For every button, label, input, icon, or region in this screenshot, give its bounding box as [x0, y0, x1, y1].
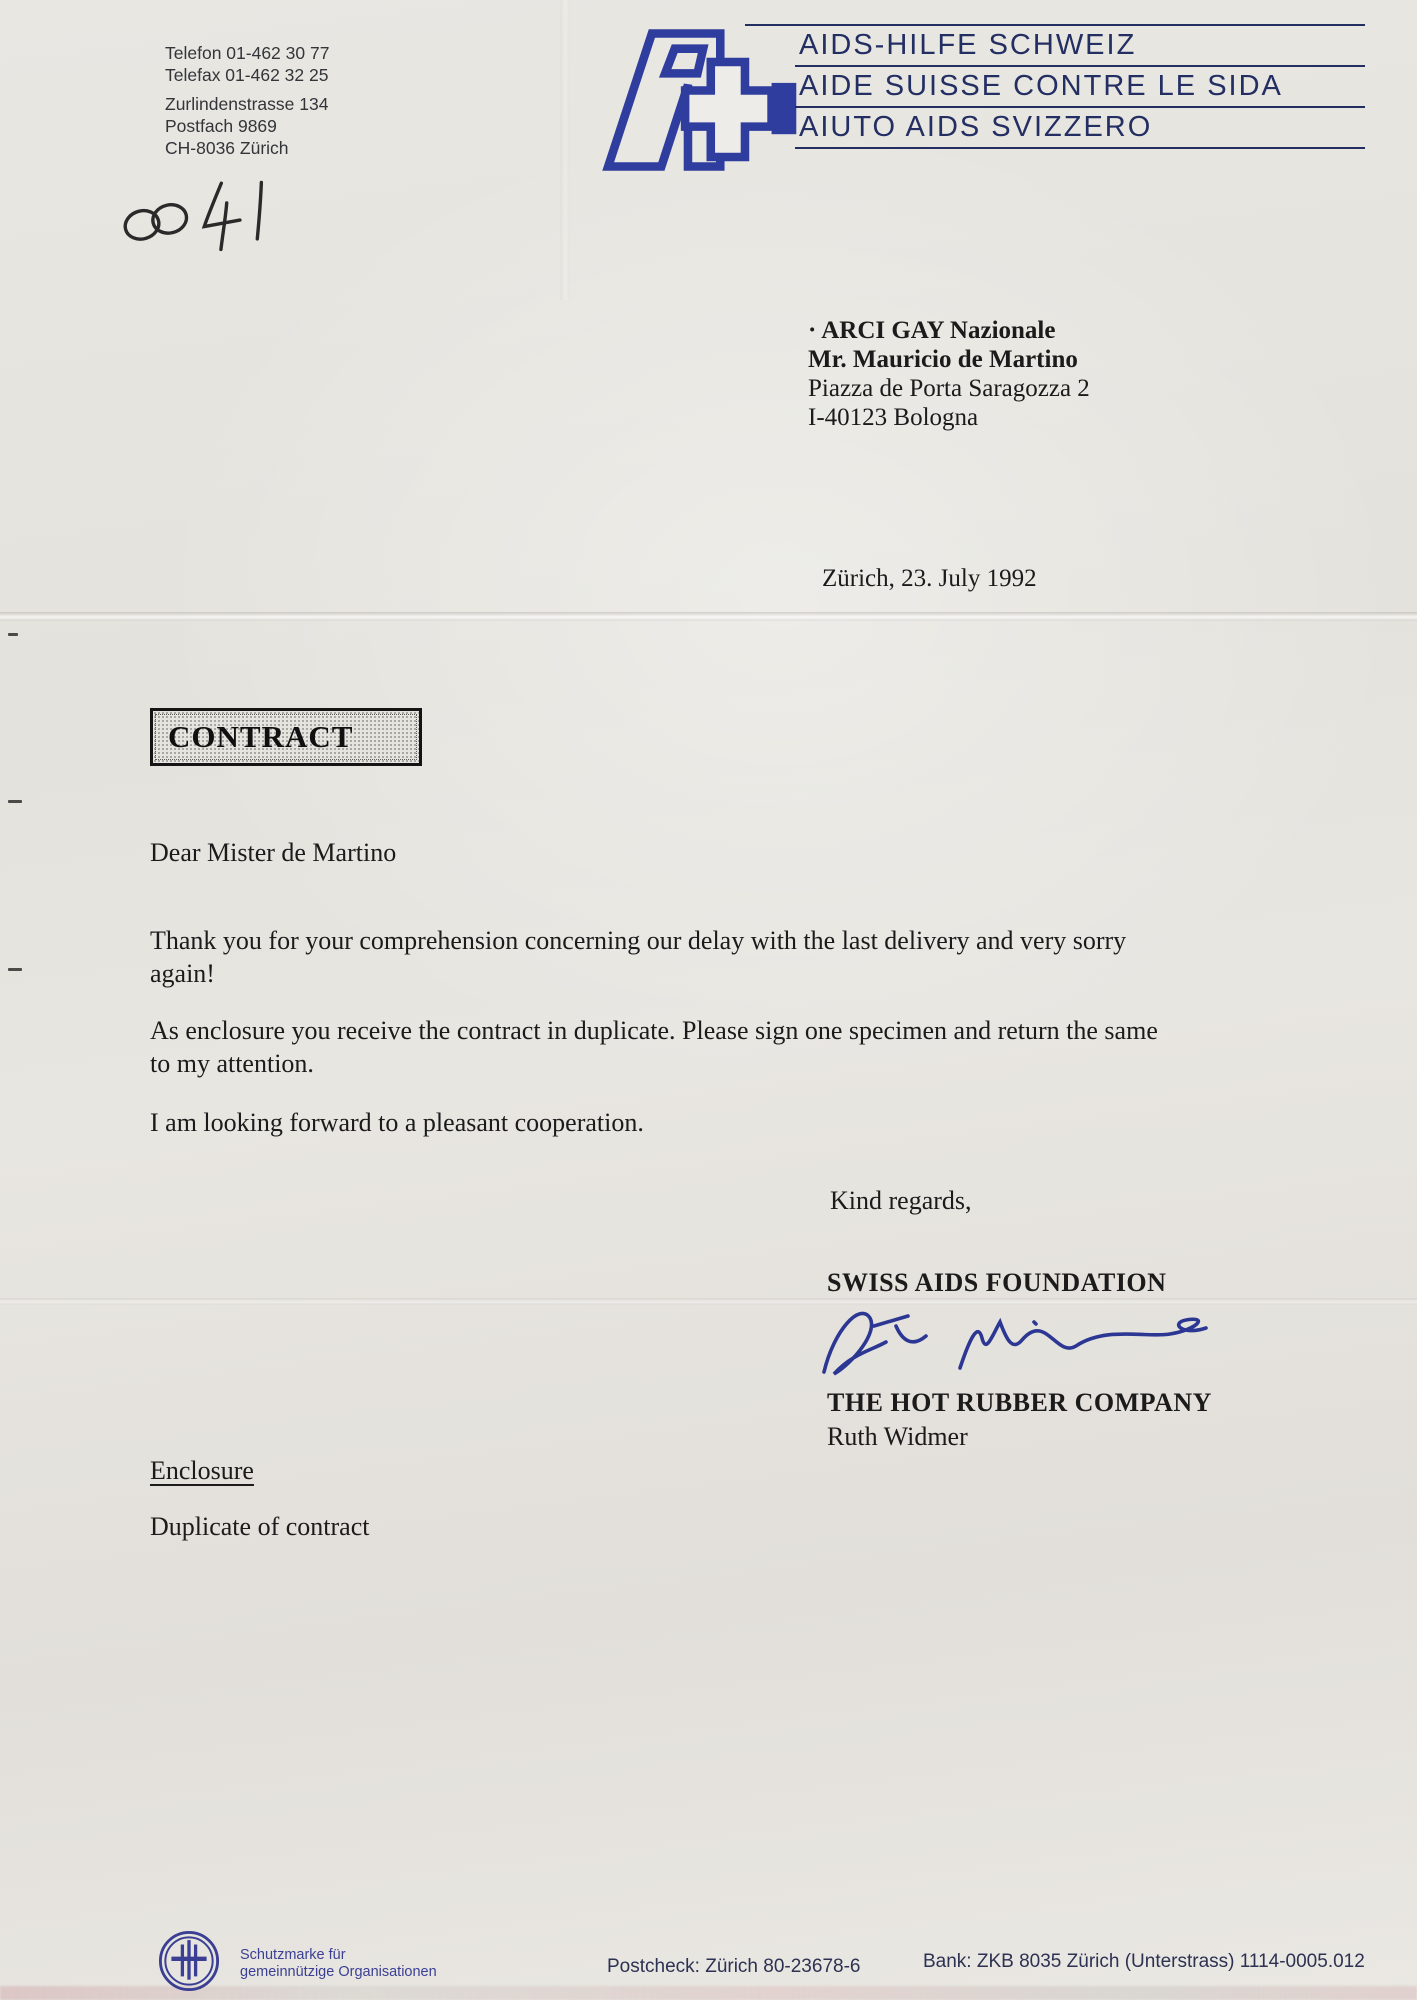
- handwritten-number: [109, 165, 315, 279]
- sender-telefon: Telefon 01-462 30 77: [165, 42, 329, 64]
- postcheck-info: Postcheck: Zürich 80-23678-6: [607, 1956, 860, 1978]
- signature-organization: SWISS AIDS FOUNDATION: [827, 1268, 1166, 1298]
- recipient-org: · ARCI GAY Nazionale: [808, 316, 1090, 345]
- recipient-street: Piazza de Porta Saragozza 2: [808, 374, 1090, 403]
- logo-solid-block: [772, 83, 797, 134]
- margin-mark: [8, 800, 22, 803]
- org-name-it: AIUTO AIDS SVIZZERO: [795, 111, 1152, 144]
- trademark-caption-line2: gemeinnützige Organisationen: [240, 1964, 437, 1981]
- sender-telefax: Telefax 01-462 32 25: [165, 64, 329, 86]
- subject-label: CONTRACT: [156, 719, 353, 755]
- org-name-row: AIUTO AIDS SVIZZERO: [795, 106, 1365, 149]
- sender-address-block: Telefon 01-462 30 77 Telefax 01-462 32 2…: [165, 42, 329, 159]
- body-paragraph: I am looking forward to a pleasant coope…: [150, 1106, 1315, 1139]
- margin-mark: [8, 968, 22, 971]
- margin-mark: [8, 633, 18, 636]
- date-line: Zürich, 23. July 1992: [822, 565, 1037, 593]
- salutation: Dear Mister de Martino: [150, 836, 1315, 869]
- handwritten-signature: [810, 1296, 1250, 1401]
- signature-name: Ruth Widmer: [827, 1422, 968, 1452]
- enclosure-item: Duplicate of contract: [150, 1512, 369, 1542]
- closing-line: Kind regards,: [830, 1186, 972, 1216]
- organization-name-block: AIDS-HILFE SCHWEIZ AIDE SUISSE CONTRE LE…: [795, 24, 1365, 149]
- org-name-fr: AIDE SUISSE CONTRE LE SIDA: [795, 70, 1283, 103]
- aids-hilfe-logo-icon: [594, 24, 800, 181]
- scanned-letter-page: Telefon 01-462 30 77 Telefax 01-462 32 2…: [0, 0, 1417, 2000]
- trademark-seal-icon: [156, 1928, 222, 1999]
- recipient-address-block: · ARCI GAY Nazionale Mr. Mauricio de Mar…: [808, 316, 1090, 432]
- org-name-row: AIDE SUISSE CONTRE LE SIDA: [795, 65, 1365, 106]
- sender-city: CH-8036 Zürich: [165, 137, 329, 159]
- paper-crease: [560, 0, 570, 300]
- recipient-city: I-40123 Bologna: [808, 403, 1090, 432]
- org-name-row: AIDS-HILFE SCHWEIZ: [795, 24, 1365, 65]
- enclosure-label: Enclosure: [150, 1456, 254, 1486]
- trademark-caption-line1: Schutzmarke für: [240, 1947, 437, 1964]
- signature-company: THE HOT RUBBER COMPANY: [827, 1388, 1212, 1418]
- body-paragraph: As enclosure you receive the contract in…: [150, 1014, 1315, 1080]
- subject-box: CONTRACT: [150, 708, 422, 766]
- org-name-de: AIDS-HILFE SCHWEIZ: [795, 29, 1136, 62]
- bank-info: Bank: ZKB 8035 Zürich (Unterstrass) 1114…: [923, 1951, 1365, 1973]
- fold-crease: [0, 612, 1417, 621]
- sender-postfach: Postfach 9869: [165, 115, 329, 137]
- body-paragraph: Thank you for your comprehension concern…: [150, 924, 1315, 990]
- sender-street: Zurlindenstrasse 134: [165, 93, 329, 115]
- trademark-caption: Schutzmarke für gemeinnützige Organisati…: [240, 1947, 437, 1981]
- recipient-name: Mr. Mauricio de Martino: [808, 345, 1090, 374]
- header-rule-extension: [745, 24, 797, 26]
- subject-box-inner: CONTRACT: [155, 714, 417, 760]
